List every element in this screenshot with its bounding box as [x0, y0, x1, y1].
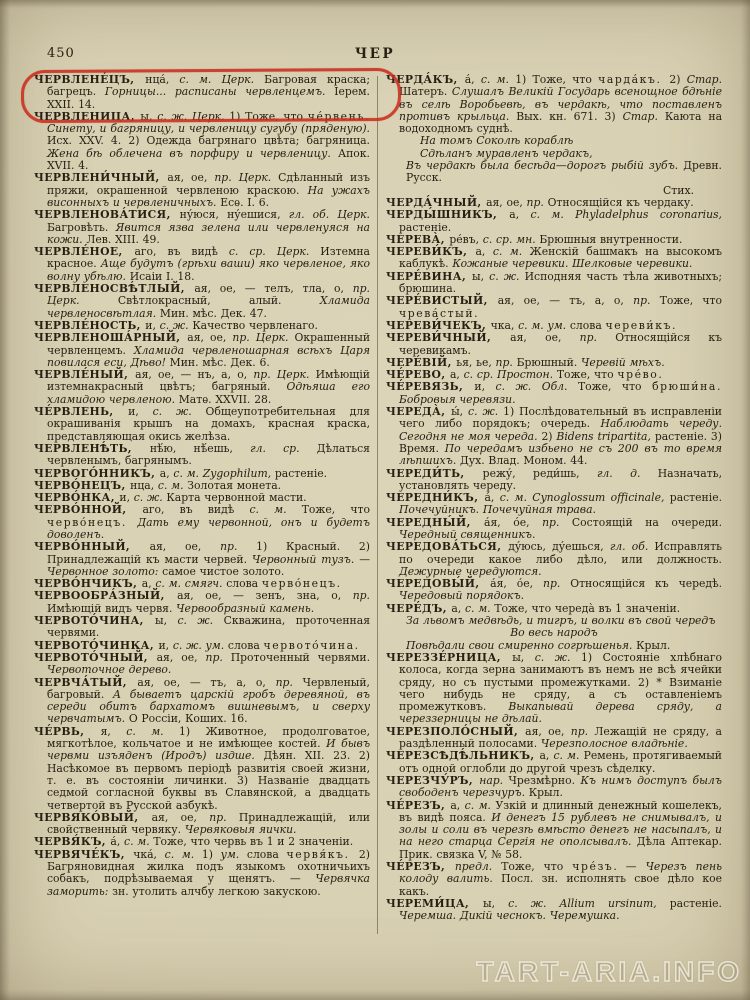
- dictionary-entry: ЧЕРЕДА̀, ы́, с. ж. 1) Послѣдовательный в…: [386, 406, 722, 467]
- dictionary-entry: ЧЕРЕ́ВИСТЫЙ, ая, ое, — тъ, а, о, пр. Тож…: [386, 295, 722, 320]
- dictionary-entry: ЧЕРВООБРА́ЗНЫЙ, ая, ое, — зенъ, зна, о, …: [34, 590, 370, 615]
- dictionary-entry: ЧЕРЕВИ́ЧНЫЙ, ая, ое, пр. Относящійся къ …: [386, 332, 722, 357]
- dictionary-entry: ЧЕРЕДИ́ТЬ, режу́, реди́шь, гл. д. Назнач…: [386, 468, 722, 493]
- dictionary-entry: ЧЕ́РВЛЕНЬ, и, с. ж. Общеупотребительная …: [34, 406, 370, 443]
- dictionary-entry: ЧЕРЕВИ́КЪ, а, с. м. Женскій башмакъ на в…: [386, 246, 722, 271]
- dictionary-entry: ЧЕРДА́КЪ, а́, с. м. 1) Тоже, что чарда́к…: [386, 74, 722, 135]
- dictionary-entry: ЧЕРЕДНИ́КЪ, а́, с. м. Cynoglossum offici…: [386, 492, 722, 517]
- column-divider-rule: [377, 76, 378, 934]
- dictionary-entry: ЧЕРВЛЕ́НЫЙ, ая, ое, — нъ, а, о, пр. Церк…: [34, 369, 370, 406]
- scanned-dictionary-page: 450 ЧЕР ЧЕРВЛЕНЕ́ЦЪ, нца́, с. м. Церк. Б…: [0, 0, 750, 1000]
- dictionary-entry: ЧЕРВЛЕНѢ́ТЬ, нѣ́ю, нѣ́ешь, гл. ср. Дѣлат…: [34, 443, 370, 468]
- dictionary-entry: ЧЕРВО́ННЫЙ, ая, ое, пр. 1) Красный. 2) П…: [34, 541, 370, 578]
- dictionary-entry: ЧЕРЕДОВА́ТЬСЯ, ду́юсь, ду́ешься, гл. об.…: [386, 541, 722, 578]
- verse-line: Въ чердакѣ была бесѣда—дорогъ рыбій зубъ…: [386, 160, 722, 185]
- dictionary-entry: ЧЕ́РЕВЯЗЬ, и, с. ж. Обл. Тоже, что брюши…: [386, 381, 722, 406]
- dictionary-entry: ЧЕРЕ́ВИНА, ы, с. ж. Исподняя часть тѣла …: [386, 271, 722, 296]
- watermark-text: TART-ARIA.INFO: [477, 956, 742, 988]
- dictionary-entry: ЧЕРЕМИ́ЦА, ы, с. ж. Allium ursinum, раст…: [386, 898, 722, 923]
- dictionary-entry: ЧЕ́РВЬ, я, с. м. 1) Животное, продолгова…: [34, 726, 370, 812]
- running-head: 450 ЧЕР: [0, 46, 750, 64]
- running-head-title: ЧЕР: [0, 46, 750, 62]
- dictionary-entry: ЧЕРДЫ́ШНИКЪ, а, с. м. Phyladelphus coron…: [386, 209, 722, 234]
- dictionary-entry: ЧЕРВО́ННОЙ, аго, въ видѣ с. м. Тоже, что…: [34, 504, 370, 541]
- dictionary-entry: ЧЕРЕЗЧУ́РЪ, нар. Чрезмѣрно. Къ нимъ дост…: [386, 775, 722, 800]
- column-left: ЧЕРВЛЕНЕ́ЦЪ, нца́, с. м. Церк. Багровая …: [34, 74, 370, 922]
- dictionary-entry: ЧЕРВЯКО́ВЫЙ, ая, ое, пр. Принадлежащій, …: [34, 812, 370, 837]
- dictionary-entry: ЧЕРВОТО́ЧИНА, ы, с. ж. Скважина, проточе…: [34, 615, 370, 640]
- dictionary-entry: ЧЕРВЯЧЕ́КЪ, чка́, с. м. 1) ум. слова чер…: [34, 849, 370, 898]
- dictionary-entry: ЧЕРВЛЕ́НОЕ, аго, въ видѣ с. ср. Церк. Из…: [34, 246, 370, 283]
- dictionary-entry: ЧЕРВЛЕНОША́РНЫЙ, ая, ое, пр. Церк. Окраш…: [34, 332, 370, 369]
- text-columns: ЧЕРВЛЕНЕ́ЦЪ, нца́, с. м. Церк. Багровая …: [34, 74, 722, 922]
- dictionary-entry: ЧЕРЕЗЗЕ́РНИЦА, ы, с. ж. 1) Состояніе хлѣ…: [386, 652, 722, 726]
- dictionary-entry: ЧЕРЕЗПОЛО́СНЫЙ, ая, ое, пр. Лежащій не с…: [386, 726, 722, 751]
- dictionary-entry: ЧЕРВЛЕНИЦА, ы, с. ж. Церк. 1) Тоже, что …: [34, 111, 370, 172]
- dictionary-entry: ЧЕРВЛЕНИ́ЧНЫЙ, ая, ое, пр. Церк. Сдѣланн…: [34, 172, 370, 209]
- dictionary-entry: ЧЕРВЛЕНОСВѢ́ТЛЫЙ, ая, ое, — телъ, тла, о…: [34, 283, 370, 320]
- dictionary-entry: ЧЕРЕДОВЫ́Й, а́я, о́е, пр. Относящійся къ…: [386, 578, 722, 603]
- column-right: ЧЕРДА́КЪ, а́, с. м. 1) Тоже, что чарда́к…: [386, 74, 722, 922]
- dictionary-entry: ЧЕРВЛЕНОВА́ТИСЯ, ну́юся, ну́ешися, гл. о…: [34, 209, 370, 246]
- dictionary-entry: ЧЕРЕДНЫ́Й, а́я, о́е, пр. Состоящій на оч…: [386, 517, 722, 542]
- dictionary-entry: ЧЕРВЛЕНЕ́ЦЪ, нца́, с. м. Церк. Багровая …: [34, 74, 370, 111]
- dictionary-entry: ЧЕ́РЕЗЪ, а, с. м. Узкій и длинный денежн…: [386, 800, 722, 861]
- dictionary-entry: ЧЕРВОТО́ЧНЫЙ, ая, ое, пр. Проточенный че…: [34, 652, 370, 677]
- dictionary-entry: ЧЕ́РЕЗЪ, предл. Тоже, что чре́зъ. — Чере…: [386, 861, 722, 898]
- dictionary-entry: ЧЕРЕЗСѢДѢ́ЛЬНИКЪ, а, с. м. Ремень, протя…: [386, 750, 722, 775]
- dictionary-entry: ЧЕРВЧА́ТЫЙ, ая, ое, — тъ, а, о, пр. Черв…: [34, 677, 370, 726]
